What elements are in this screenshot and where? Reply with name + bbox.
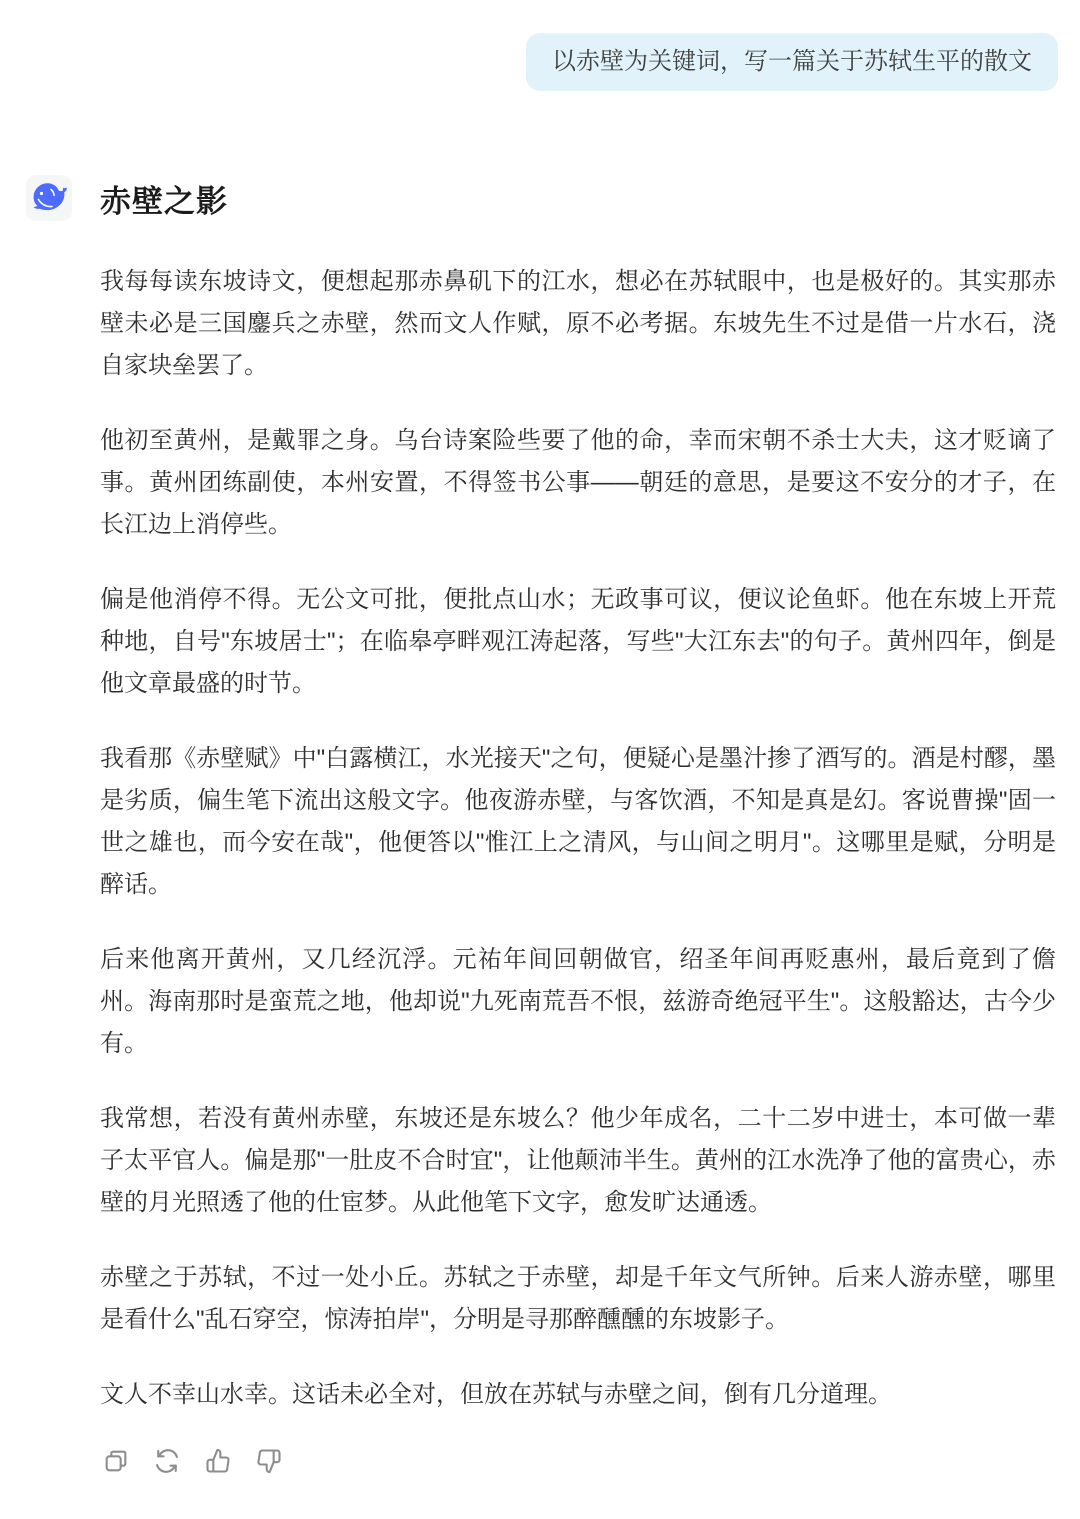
user-message-row: 以赤壁为关键词，写一篇关于苏轼生平的散文 bbox=[0, 0, 1080, 91]
essay-paragraph: 偏是他消停不得。无公文可批，便批点山水；无政事可议，便议论鱼虾。他在东坡上开荒种… bbox=[100, 579, 1056, 705]
copy-icon bbox=[102, 1447, 130, 1475]
essay-paragraph: 赤壁之于苏轼，不过一处小丘。苏轼之于赤壁，却是千年文气所钟。后来人游赤壁，哪里是… bbox=[100, 1257, 1056, 1341]
essay-paragraph: 我看那《赤壁赋》中"白露横江，水光接天"之句，便疑心是墨汁掺了酒写的。酒是村醪，… bbox=[100, 738, 1056, 906]
message-actions bbox=[0, 1446, 1080, 1476]
thumbs-down-button[interactable] bbox=[254, 1446, 284, 1476]
deepseek-whale-icon bbox=[29, 178, 69, 218]
assistant-header: 赤壁之影 bbox=[26, 175, 1080, 221]
thumbs-up-button[interactable] bbox=[203, 1446, 233, 1476]
essay-body: 我每每读东坡诗文，便想起那赤鼻矶下的江水，想必在苏轼眼中，也是极好的。其实那赤壁… bbox=[100, 261, 1056, 1416]
essay-paragraph: 我常想，若没有黄州赤壁，东坡还是东坡么？他少年成名，二十二岁中进士，本可做一辈子… bbox=[100, 1098, 1056, 1224]
essay-paragraph: 后来他离开黄州，又几经沉浮。元祐年间回朝做官，绍圣年间再贬惠州，最后竟到了儋州。… bbox=[100, 939, 1056, 1065]
essay-paragraph: 文人不幸山水幸。这话未必全对，但放在苏轼与赤壁之间，倒有几分道理。 bbox=[100, 1374, 1056, 1416]
assistant-message: 赤壁之影 我每每读东坡诗文，便想起那赤鼻矶下的江水，想必在苏轼眼中，也是极好的。… bbox=[0, 175, 1080, 1476]
regenerate-button[interactable] bbox=[152, 1446, 182, 1476]
assistant-avatar bbox=[26, 175, 72, 221]
essay-title: 赤壁之影 bbox=[100, 176, 228, 221]
thumbs-up-icon bbox=[204, 1447, 232, 1475]
copy-button[interactable] bbox=[101, 1446, 131, 1476]
essay-paragraph: 我每每读东坡诗文，便想起那赤鼻矶下的江水，想必在苏轼眼中，也是极好的。其实那赤壁… bbox=[100, 261, 1056, 387]
regenerate-icon bbox=[153, 1447, 181, 1475]
essay-paragraph: 他初至黄州，是戴罪之身。乌台诗案险些要了他的命，幸而宋朝不杀士大夫，这才贬谪了事… bbox=[100, 420, 1056, 546]
user-message-bubble: 以赤壁为关键词，写一篇关于苏轼生平的散文 bbox=[526, 33, 1058, 91]
thumbs-down-icon bbox=[255, 1447, 283, 1475]
